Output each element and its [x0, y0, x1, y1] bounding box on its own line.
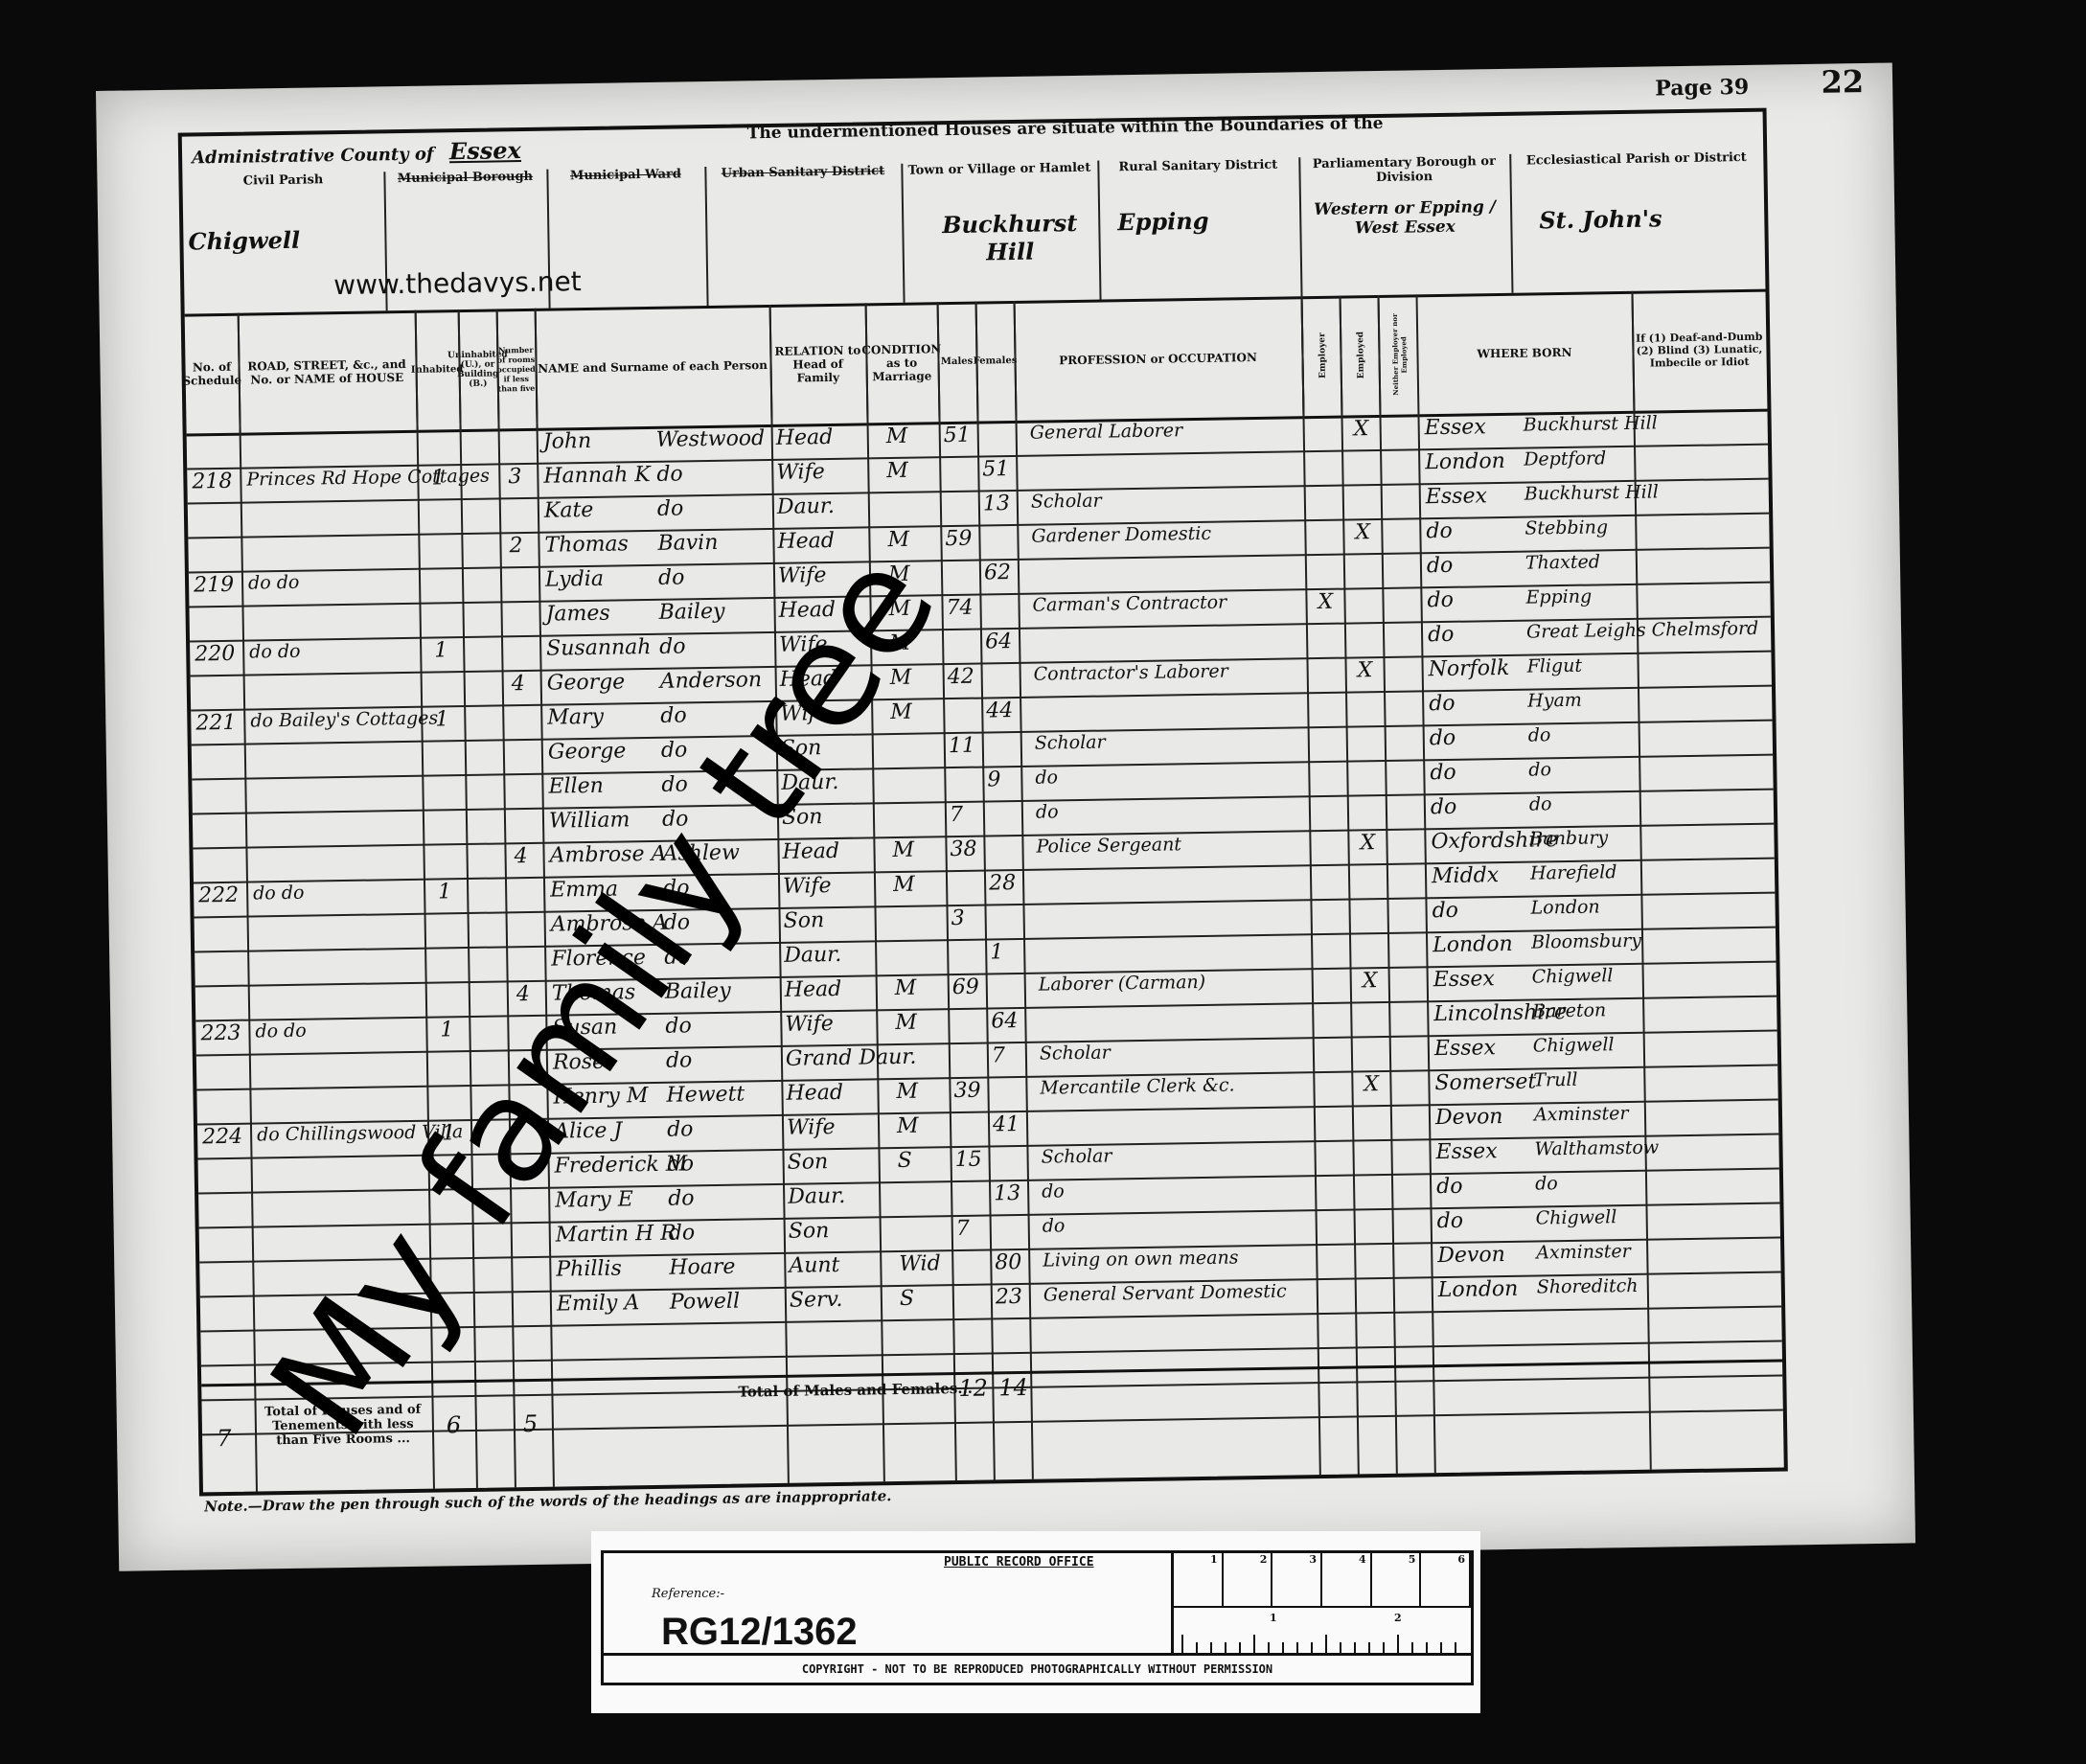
- cell-born-place: Chigwell: [1532, 965, 1614, 997]
- cell-neither: [1403, 1141, 1404, 1172]
- cell-born-county: Essex: [1425, 415, 1487, 447]
- cell-female-age: 62: [984, 561, 1011, 591]
- cell-occupation: Living on own means: [1043, 1247, 1239, 1280]
- cell-neither: [1398, 831, 1399, 861]
- cell-employed: [1364, 1107, 1365, 1137]
- cell-inhabited: 1: [434, 638, 448, 669]
- cell-condition: M: [895, 1011, 917, 1042]
- cell-female-age: 51: [982, 457, 1009, 488]
- cell-born-county: Devon: [1437, 1243, 1505, 1274]
- cell-employer: [1316, 418, 1317, 448]
- ruler-mark: 3: [1272, 1553, 1322, 1606]
- reference-label: Reference:-: [652, 1587, 724, 1601]
- cell-condition: S: [900, 1287, 915, 1317]
- cell-address: [256, 1089, 257, 1120]
- cell-female-age: 41: [993, 1112, 1020, 1143]
- cell-female-age: [986, 664, 987, 695]
- cell-relation: Son: [787, 1150, 828, 1181]
- cell-born-county: Essex: [1426, 484, 1488, 515]
- cell-neither: [1405, 1245, 1406, 1275]
- cell-address: [254, 918, 255, 949]
- cell-female-age: 13: [994, 1181, 1020, 1212]
- cell-address: [258, 1193, 259, 1224]
- parliamentary-cell: Parliamentary Borough or Division Wester…: [1298, 154, 1513, 296]
- cell-neither: [1399, 900, 1400, 930]
- cell-surname: Bailey: [658, 600, 724, 631]
- cell-surname: do: [660, 703, 687, 734]
- cell-male-age: [957, 1286, 958, 1317]
- town-value: Buckhurst Hill: [921, 209, 1099, 267]
- rural-sanitary-label: Rural Sanitary District: [1097, 157, 1298, 174]
- copyright-notice: COPYRIGHT - NOT TO BE REPRODUCED PHOTOGR…: [604, 1653, 1471, 1683]
- cell-surname: Hewett: [666, 1082, 745, 1113]
- cell-surname: Bavin: [657, 531, 718, 562]
- cell-condition: [892, 804, 893, 835]
- cell-born-county: do: [1428, 623, 1455, 653]
- cell-relation: Daur.: [777, 494, 836, 526]
- cell-name: Hannah K: [543, 463, 651, 495]
- cell-born-place: Buckhurst Hill: [1524, 481, 1660, 514]
- cell-employer: [1323, 935, 1324, 966]
- cell-male-age: [952, 1010, 953, 1041]
- cell-male-age: 11: [949, 734, 975, 765]
- cell-surname: Westwood: [656, 426, 766, 459]
- cell-condition: M: [887, 528, 909, 559]
- cell-male-age: 59: [945, 527, 972, 558]
- cell-address: do Bailey's Cottages: [250, 707, 438, 741]
- cell-condition: [891, 769, 892, 800]
- cell-female-age: 80: [995, 1250, 1021, 1281]
- cell-occupation: Scholar: [1041, 1145, 1112, 1177]
- cell-surname: Powell: [670, 1290, 741, 1321]
- ruler-mark: 4: [1322, 1553, 1372, 1606]
- cell-occupation: Contractor's Laborer: [1034, 661, 1229, 695]
- cell-female-age: 23: [996, 1285, 1022, 1316]
- cell-occupation: do: [1036, 801, 1059, 832]
- cell-born-place: Shoreditch: [1537, 1275, 1639, 1308]
- rooms-total: 5: [523, 1410, 539, 1437]
- cell-occupation: [1033, 630, 1034, 660]
- cell-name: George: [548, 739, 627, 770]
- watermark-url: www.thedavys.net: [333, 265, 582, 301]
- cell-occupation: Laborer (Carman): [1039, 972, 1206, 1005]
- cell-neither: [1401, 1003, 1402, 1034]
- cell-employer: [1321, 797, 1322, 828]
- cell-male-age: 3: [951, 906, 965, 937]
- cell-schedule: [200, 987, 201, 1018]
- cell-inhabited: [437, 812, 438, 842]
- cell-condition: Wid: [899, 1251, 941, 1283]
- cell-address: [259, 1262, 260, 1293]
- cell-occupation: do: [1042, 1180, 1065, 1211]
- cell-born-county: Devon: [1435, 1105, 1503, 1136]
- cell-born-county: do: [1436, 1175, 1463, 1205]
- cell-rooms: [508, 430, 509, 461]
- cell-born-place: do: [1535, 1173, 1558, 1203]
- cell-schedule: [203, 1194, 204, 1225]
- cell-address: [258, 1158, 259, 1189]
- cell-employed: [1354, 451, 1355, 482]
- ruler-mark: 6: [1421, 1553, 1471, 1606]
- cell-employer: [1328, 1211, 1329, 1242]
- cell-name: John: [543, 429, 592, 461]
- town-cell: Town or Village or Hamlet Buckhurst Hill: [901, 161, 1101, 303]
- cell-inhabited: 1: [431, 466, 446, 496]
- males-females-label: Total of Males and Females...: [738, 1380, 973, 1401]
- cell-surname: do: [659, 634, 686, 665]
- cell-neither: [1399, 865, 1400, 896]
- cell-female-age: 9: [987, 767, 1001, 798]
- cell-born-county: do: [1430, 761, 1456, 791]
- cell-male-age: 69: [952, 975, 979, 1006]
- cell-inhabited: [431, 432, 432, 463]
- cell-condition: [898, 1183, 899, 1214]
- cell-occupation: Scholar: [1040, 1042, 1111, 1073]
- cell-occupation: do: [1035, 767, 1058, 797]
- cell-inhabited: [432, 536, 433, 566]
- cell-surname: do: [668, 1186, 695, 1217]
- cell-condition: [899, 1218, 900, 1249]
- col-rooms-header: Number of rooms occupied if less than fi…: [496, 309, 539, 429]
- cell-male-age: 7: [950, 803, 964, 834]
- cell-schedule: [204, 1228, 205, 1259]
- cell-condition: M: [886, 459, 908, 490]
- ecclesiastical-label: Ecclesiastical Parish or District: [1509, 150, 1763, 169]
- cell-employed: [1366, 1245, 1367, 1275]
- cell-name: Mary: [547, 705, 604, 737]
- cell-occupation: General Servant Domestic: [1043, 1281, 1287, 1316]
- cell-schedule: [201, 1090, 202, 1121]
- cell-employed: [1359, 727, 1360, 758]
- cell-occupation: do: [1043, 1215, 1066, 1246]
- cell-rooms: 2: [509, 534, 523, 564]
- cell-born-place: Stebbing: [1524, 516, 1608, 548]
- cell-inhabited: [440, 983, 441, 1014]
- schedules-total: 7: [217, 1425, 232, 1452]
- cell-female-age: 13: [983, 492, 1010, 522]
- cell-female-age: 44: [986, 699, 1013, 729]
- col-where-born-header: WHERE BORN: [1416, 291, 1636, 415]
- parliamentary-label: Parliamentary Borough or Division: [1298, 154, 1509, 186]
- col-address-header: ROAD, STREET, &c., and No. or NAME of HO…: [238, 310, 419, 433]
- municipal-borough-label: Municipal Borough: [383, 170, 546, 187]
- cell-employed: X: [1354, 417, 1369, 447]
- cell-female-age: [988, 836, 989, 867]
- cell-rooms: [516, 913, 516, 944]
- cell-employer: [1320, 763, 1321, 793]
- cell-neither: [1405, 1210, 1406, 1241]
- cell-inhabited: [435, 674, 436, 704]
- cell-schedule: [203, 1159, 204, 1190]
- cell-rooms: [511, 637, 512, 668]
- cell-rooms: [513, 775, 514, 806]
- cell-male-age: [949, 768, 950, 799]
- cell-employed: [1361, 900, 1362, 930]
- cell-born-place: Fligut: [1526, 655, 1582, 687]
- folio-number: 22: [1821, 63, 1864, 101]
- cell-relation: Head: [786, 1081, 843, 1112]
- cell-born-county: London: [1433, 932, 1513, 964]
- cell-born-county: do: [1429, 692, 1456, 722]
- cell-employed: [1358, 693, 1359, 723]
- cell-female-age: 7: [992, 1043, 1006, 1074]
- urban-sanitary-label: Urban Sanitary District: [704, 164, 901, 181]
- cell-occupation: Police Sergeant: [1036, 834, 1181, 866]
- cell-male-age: [953, 1044, 954, 1075]
- cell-born-place: Deptford: [1524, 447, 1606, 479]
- ruler-mark: 5: [1372, 1553, 1422, 1606]
- cell-inhabited: [433, 570, 434, 601]
- cell-surname: do: [667, 1117, 694, 1148]
- page-number: Page 39: [1655, 75, 1749, 102]
- cell-born-place: do: [1528, 724, 1551, 755]
- cell-schedule: [193, 538, 194, 569]
- cell-born-place: do: [1529, 793, 1552, 824]
- cell-employed: X: [1355, 520, 1370, 551]
- cell-born-place: Trull: [1533, 1069, 1578, 1101]
- cell-employer: [1326, 1108, 1327, 1138]
- cell-employer: [1317, 521, 1318, 552]
- cell-neither: [1392, 451, 1393, 482]
- ecclesiastical-value: St. John's: [1539, 204, 1662, 234]
- cell-condition: M: [896, 1080, 918, 1111]
- cell-name: Ellen: [548, 774, 604, 806]
- cell-employed: [1364, 1141, 1365, 1172]
- cell-address: do do: [248, 572, 300, 604]
- scale-ruler: 123456 12: [1171, 1553, 1471, 1656]
- cell-name: Lydia: [545, 567, 604, 599]
- cell-born-place: Harefield: [1530, 861, 1617, 893]
- cell-born-county: London: [1425, 449, 1505, 481]
- col-occupation-header: PROFESSION or OCCUPATION: [1014, 296, 1305, 421]
- males-total: 12: [958, 1375, 988, 1402]
- cell-schedule: 221: [195, 711, 236, 743]
- cell-surname: do: [657, 496, 684, 527]
- ruler-mark: 1: [1174, 1553, 1224, 1606]
- cell-name: George: [547, 670, 626, 701]
- cell-relation: Wife: [776, 460, 825, 492]
- cell-employed: [1361, 865, 1362, 896]
- cell-occupation: [1034, 699, 1035, 729]
- cell-female-age: [995, 1216, 996, 1247]
- cell-address: [256, 1056, 257, 1087]
- parliamentary-value: Western or Epping / West Essex: [1304, 197, 1506, 239]
- cell-employed: [1359, 762, 1360, 792]
- cell-born-place: Banbury: [1529, 827, 1608, 859]
- cell-schedule: 218: [192, 470, 232, 501]
- cell-female-age: [987, 733, 988, 764]
- col-neither-header: Neither Employer nor Employed: [1378, 294, 1420, 415]
- cell-born-county: London: [1438, 1277, 1519, 1309]
- cell-address: do do: [255, 1020, 307, 1052]
- cell-relation: Wife: [785, 1012, 834, 1043]
- ruler-mark: 2: [1394, 1612, 1402, 1624]
- cell-relation: Wife: [787, 1115, 836, 1147]
- cell-schedule: [199, 952, 200, 983]
- cell-schedule: [195, 676, 196, 707]
- cell-condition: [891, 735, 892, 766]
- cell-employed: [1367, 1279, 1368, 1310]
- cell-employed: [1365, 1176, 1366, 1206]
- cell-neither: [1400, 934, 1401, 965]
- cell-employer: [1320, 728, 1321, 759]
- cell-address: [251, 745, 252, 776]
- cell-occupation: Gardener Domestic: [1031, 523, 1211, 557]
- cell-surname: do: [666, 1048, 693, 1079]
- cell-female-age: [992, 1078, 993, 1109]
- cell-male-age: [956, 1251, 957, 1282]
- cell-male-age: [946, 561, 947, 592]
- cell-born-county: do: [1431, 795, 1457, 826]
- cell-inhabited: [436, 777, 437, 808]
- cell-employer: X: [1318, 590, 1333, 621]
- cell-relation: Head: [776, 425, 834, 457]
- cell-born-county: Middx: [1432, 863, 1500, 895]
- cell-schedule: 220: [195, 642, 235, 674]
- cell-employer: [1318, 659, 1319, 690]
- cell-name: Thomas: [544, 532, 629, 563]
- cell-occupation: General Laborer: [1030, 420, 1183, 452]
- cell-employer: [1328, 1246, 1329, 1276]
- cell-address: [248, 607, 249, 638]
- cell-schedule: [193, 504, 194, 535]
- cell-employed: [1364, 1038, 1364, 1068]
- cell-condition: M: [895, 976, 917, 1007]
- cell-employed: [1356, 555, 1357, 585]
- cell-surname: Hoare: [669, 1255, 736, 1287]
- cell-neither: [1402, 1038, 1403, 1068]
- cell-inhabited: [432, 501, 433, 532]
- cell-relation: Wife: [783, 874, 832, 905]
- cell-address: [259, 1227, 260, 1258]
- cell-schedule: 219: [194, 573, 234, 605]
- cell-occupation: [1037, 871, 1038, 902]
- cell-relation: Aunt: [789, 1253, 840, 1285]
- cell-employed: [1362, 934, 1363, 965]
- cell-neither: [1404, 1176, 1405, 1206]
- cell-schedule: [192, 435, 193, 466]
- cell-born-place: do: [1528, 759, 1551, 790]
- cell-female-age: 28: [989, 871, 1016, 902]
- cell-neither: [1403, 1107, 1404, 1137]
- cell-schedule: [196, 745, 197, 776]
- cell-employer: [1321, 832, 1322, 862]
- reference-number: RG12/1362: [661, 1611, 858, 1654]
- cell-born-place: Walthamstow: [1534, 1137, 1659, 1170]
- cell-neither: [1401, 969, 1402, 999]
- cell-employed: X: [1357, 658, 1372, 689]
- cell-surname: do: [658, 565, 685, 596]
- cell-schedule: [204, 1263, 205, 1294]
- ruler-mark: 2: [1224, 1553, 1273, 1606]
- cell-employer: [1322, 901, 1323, 931]
- civil-parish-label: Civil Parish: [182, 172, 383, 189]
- cell-address: [246, 435, 247, 466]
- cell-female-age: [988, 802, 989, 833]
- cell-neither: [1402, 1072, 1403, 1103]
- cell-schedule: [194, 607, 195, 638]
- cell-born-county: Somerset: [1434, 1070, 1536, 1103]
- cell-address: [252, 814, 253, 845]
- cell-name: Susannah: [546, 635, 652, 668]
- cell-male-age: [948, 699, 949, 730]
- cell-occupation: Scholar: [1035, 732, 1106, 764]
- cell-born-place: Hyam: [1527, 690, 1582, 722]
- col-schedule-header: No. of Schedule: [185, 313, 241, 434]
- cell-inhabited: [441, 1052, 442, 1083]
- cell-relation: Daur.: [788, 1184, 846, 1216]
- cell-born-county: do: [1427, 588, 1454, 619]
- cell-employer: [1318, 625, 1319, 655]
- urban-sanitary-cell: Urban Sanitary District: [704, 164, 905, 306]
- cell-rooms: [509, 499, 510, 530]
- cell-inhabited: [436, 743, 437, 773]
- cell-employer: [1327, 1177, 1328, 1207]
- cell-inhabited: 1: [435, 707, 449, 738]
- cell-born-place: Thaxted: [1525, 551, 1600, 583]
- cell-neither: [1406, 1279, 1407, 1310]
- col-females-header: Females: [975, 301, 1018, 422]
- cell-occupation: [1030, 457, 1031, 488]
- cell-relation: Son: [784, 908, 825, 940]
- civil-parish-value: Chigwell: [188, 226, 300, 256]
- cell-relation: Grand Daur.: [786, 1045, 917, 1078]
- cell-relation: Serv.: [790, 1288, 843, 1319]
- cell-neither: [1397, 727, 1398, 758]
- cell-inhabited: [439, 914, 440, 945]
- cell-surname: do: [669, 1221, 696, 1251]
- cell-employer: [1318, 556, 1318, 586]
- col-name-header: NAME and Surname of each Person: [535, 305, 773, 428]
- cell-born-place: Axminster: [1536, 1241, 1631, 1273]
- cell-employer: [1319, 694, 1320, 724]
- cell-born-county: do: [1426, 519, 1453, 550]
- col-employed-header: Employed: [1340, 295, 1382, 416]
- cell-occupation: Scholar: [1031, 491, 1102, 522]
- cell-born-place: Chigwell: [1535, 1206, 1616, 1238]
- females-total: 14: [998, 1374, 1028, 1401]
- cell-male-age: [955, 1182, 956, 1213]
- cell-neither: [1396, 693, 1397, 723]
- cell-employed: [1356, 589, 1357, 620]
- col-uninhabited-header: Uninhabited (U.), or Building (B.): [458, 309, 500, 429]
- cell-employer: [1324, 1004, 1325, 1035]
- cell-born-county: do: [1427, 554, 1454, 584]
- cell-address: [260, 1296, 261, 1327]
- cell-occupation: [1039, 1009, 1040, 1040]
- cell-male-age: [951, 941, 952, 972]
- cell-male-age: 7: [956, 1217, 971, 1248]
- cell-born-place: Great Leighs Chelmsford: [1526, 618, 1759, 653]
- cell-address: do do: [253, 882, 305, 914]
- cell-male-age: [945, 493, 946, 523]
- cell-female-age: [984, 595, 985, 626]
- cell-employer: [1325, 1073, 1326, 1104]
- cell-born-county: do: [1430, 726, 1456, 757]
- ecclesiastical-cell: Ecclesiastical Parish or District St. Jo…: [1509, 150, 1765, 293]
- cell-male-age: 15: [954, 1148, 981, 1179]
- cell-schedule: [205, 1297, 206, 1328]
- cell-surname: do: [656, 462, 683, 493]
- cell-born-county: Norfolk: [1428, 656, 1509, 688]
- cell-condition: M: [897, 1114, 919, 1145]
- cell-male-age: [944, 458, 945, 489]
- cell-neither: [1393, 486, 1394, 516]
- col-condition-header: CONDITION as to Marriage: [865, 302, 941, 423]
- cell-employed: [1366, 1210, 1367, 1241]
- cell-neither: [1395, 658, 1396, 689]
- cell-relation: Daur.: [784, 943, 842, 974]
